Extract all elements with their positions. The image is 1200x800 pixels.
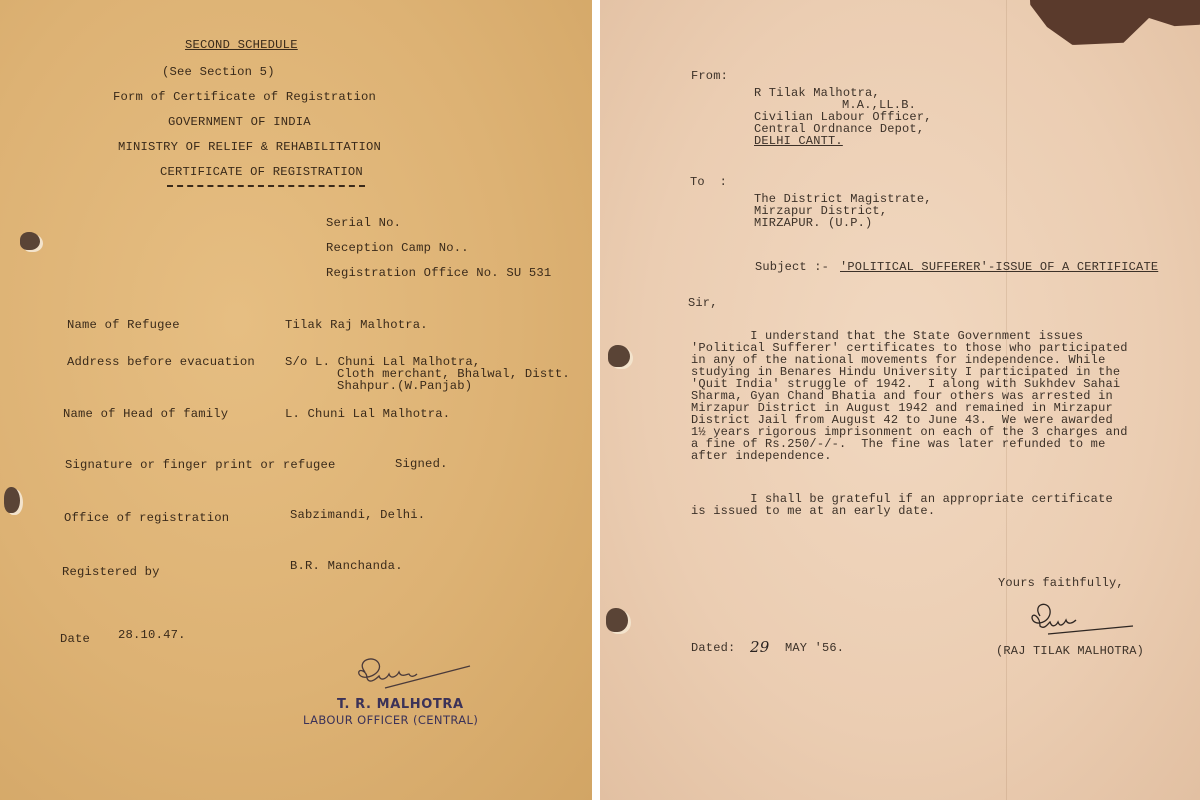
to-label: To : (690, 176, 727, 189)
body-line: after independence. (691, 450, 832, 463)
dated-month-year: MAY '56. (785, 642, 844, 655)
certificate-title: CERTIFICATE OF REGISTRATION (160, 165, 363, 179)
field-label: Address before evacuation (67, 355, 255, 369)
field-value: B.R. Manchanda. (290, 559, 403, 573)
ministry-heading: MINISTRY OF RELIEF & REHABILITATION (118, 140, 381, 154)
field-value: L. Chuni Lal Malhotra. (285, 407, 450, 421)
punch-hole (20, 232, 40, 250)
dated-label: Dated: (691, 642, 735, 655)
from-label: From: (691, 70, 728, 83)
serial-no-field: Serial No. (326, 216, 401, 230)
government-heading: GOVERNMENT OF INDIA (168, 115, 311, 129)
salutation: Sir, (688, 297, 718, 310)
field-label: Office of registration (64, 511, 229, 525)
field-value-line: Shahpur.(W.Panjab) (337, 379, 472, 393)
punch-hole (608, 345, 630, 367)
registration-office-field: Registration Office No. SU 531 (326, 266, 551, 280)
field-value: Tilak Raj Malhotra. (285, 318, 428, 332)
subject-value: 'POLITICAL SUFFERER'-ISSUE OF A CERTIFIC… (840, 261, 1158, 274)
field-label: Registered by (62, 565, 160, 579)
officer-signature (345, 652, 475, 702)
signatory-name: (RAJ TILAK MALHOTRA) (996, 645, 1144, 658)
section-reference: (See Section 5) (162, 65, 275, 79)
refugee-registration-certificate: SECOND SCHEDULE (See Section 5) Form of … (0, 0, 592, 800)
body-line: is issued to me at an early date. (691, 505, 935, 518)
punch-hole (606, 608, 628, 632)
to-line: MIRZAPUR. (U.P.) (754, 217, 872, 230)
date-value: 28.10.47. (118, 628, 186, 642)
dated-day-handwritten: 29 (750, 640, 770, 654)
field-value: Signed. (395, 457, 448, 471)
punch-hole (4, 487, 20, 513)
from-line: DELHI CANTT. (754, 135, 843, 148)
field-label: Name of Refugee (67, 318, 180, 332)
date-label: Date (60, 632, 90, 646)
field-label: Name of Head of family (63, 407, 228, 421)
field-value: Sabzimandi, Delhi. (290, 508, 425, 522)
subject-label: Subject :- (755, 261, 829, 274)
field-label: Signature or finger print or refugee (65, 458, 336, 472)
closing: Yours faithfully, (998, 577, 1124, 590)
officer-stamp-title: LABOUR OFFICER (CENTRAL) (303, 713, 478, 727)
author-signature (1018, 600, 1138, 645)
schedule-heading: SECOND SCHEDULE (185, 38, 298, 52)
title-dashed-rule (167, 185, 365, 187)
political-sufferer-letter: From: R Tilak Malhotra, M.A.,LL.B. Civil… (600, 0, 1200, 800)
reception-camp-field: Reception Camp No.. (326, 241, 469, 255)
officer-stamp-name: T. R. MALHOTRA (337, 697, 464, 712)
torn-corner (1030, 0, 1200, 45)
form-title: Form of Certificate of Registration (113, 90, 376, 104)
